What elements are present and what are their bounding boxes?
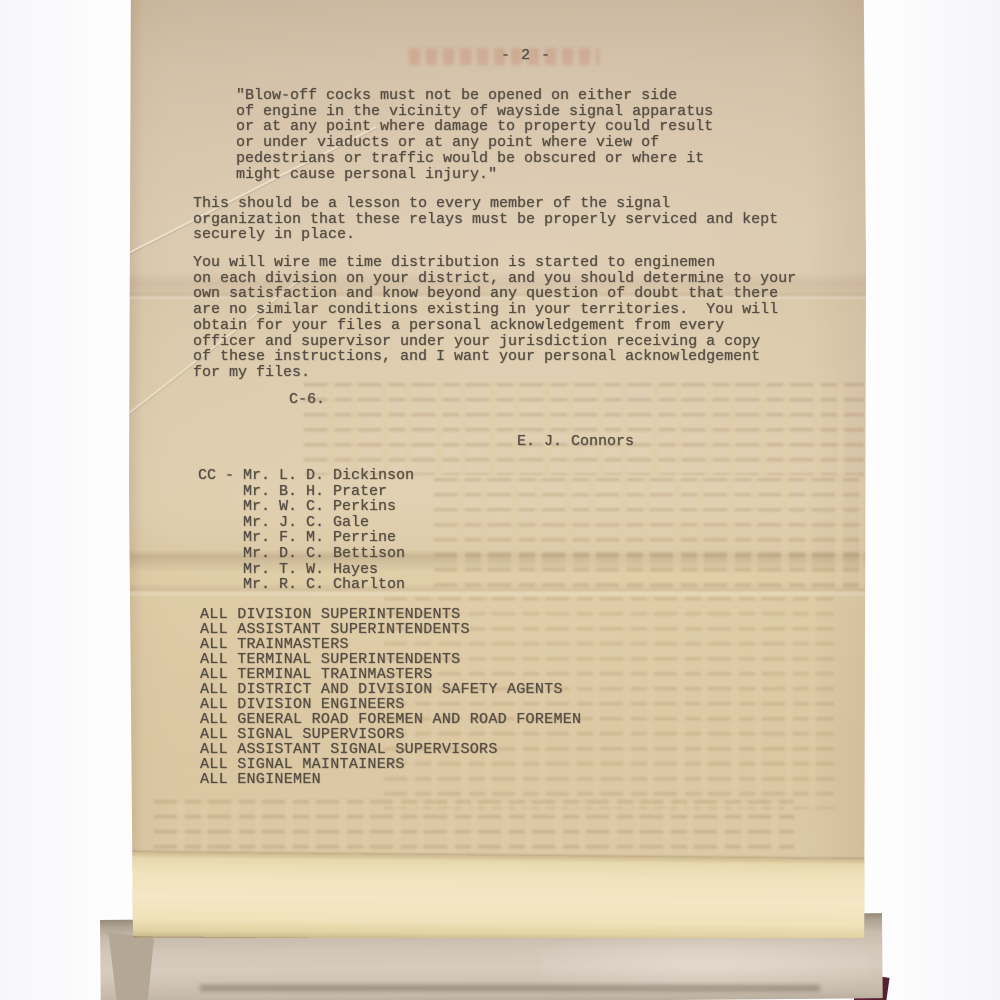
distribution-entry: ALL DIVISION ENGINEERS bbox=[200, 697, 581, 712]
cc-name: Mr. T. W. Hayes bbox=[243, 562, 414, 578]
text-line: might cause personal injury." bbox=[236, 167, 713, 183]
paper-fold-flap bbox=[126, 852, 868, 943]
signature-name: E. J. Connors bbox=[517, 434, 634, 450]
distribution-entry: ALL DIVISION SUPERINTENDENTS bbox=[200, 607, 581, 622]
body-paragraph: This should be a lesson to every member … bbox=[193, 196, 778, 243]
ink-bleed-through bbox=[304, 383, 864, 475]
text-line: pedestrians or traffic would be obscured… bbox=[236, 151, 713, 167]
cc-name: Mr. L. D. Dickinson bbox=[243, 468, 414, 484]
cc-section: CC - Mr. L. D. DickinsonMr. B. H. Prater… bbox=[198, 468, 414, 593]
text-line: or under viaducts or at any point where … bbox=[236, 135, 713, 151]
text-line: officer and supervisor under your jurisd… bbox=[193, 334, 796, 350]
text-line: own satisfaction and know beyond any que… bbox=[193, 286, 796, 302]
text-line: for my files. bbox=[193, 365, 796, 381]
photograph-background: - 2 - "Blow-off cocks must not be opened… bbox=[0, 0, 1000, 1000]
distribution-entry: ALL TERMINAL TRAINMASTERS bbox=[200, 667, 581, 682]
cc-name: Mr. D. C. Bettison bbox=[243, 546, 414, 562]
distribution-entry: ALL TRAINMASTERS bbox=[200, 637, 581, 652]
letter-page: - 2 - "Blow-off cocks must not be opened… bbox=[129, 0, 866, 938]
distribution-entry: ALL SIGNAL MAINTAINERS bbox=[200, 757, 581, 772]
backing-sheet-highlight bbox=[540, 938, 870, 990]
distribution-entry: ALL ENGINEMEN bbox=[200, 772, 581, 787]
text-line: You will wire me time distribution is st… bbox=[193, 255, 796, 271]
page-number: - 2 - bbox=[446, 48, 606, 64]
distribution-entry: ALL TERMINAL SUPERINTENDENTS bbox=[200, 652, 581, 667]
text-line: of these instructions, and I want your p… bbox=[193, 349, 796, 365]
distribution-list: ALL DIVISION SUPERINTENDENTSALL ASSISTAN… bbox=[200, 607, 581, 787]
text-line: securely in place. bbox=[193, 227, 778, 243]
text-line: This should be a lesson to every member … bbox=[193, 196, 778, 212]
cc-name: Mr. R. C. Charlton bbox=[243, 577, 414, 593]
text-line: are no similar conditions existing in yo… bbox=[193, 302, 796, 318]
distribution-entry: ALL SIGNAL SUPERVISORS bbox=[200, 727, 581, 742]
text-line: or at any point where damage to property… bbox=[236, 119, 713, 135]
paper-shadow bbox=[200, 985, 820, 991]
quoted-paragraph: "Blow-off cocks must not be opened on ei… bbox=[236, 88, 713, 182]
text-line: "Blow-off cocks must not be opened on ei… bbox=[236, 88, 713, 104]
distribution-entry: ALL GENERAL ROAD FOREMEN AND ROAD FOREME… bbox=[200, 712, 581, 727]
distribution-entry: ALL ASSISTANT SUPERINTENDENTS bbox=[200, 622, 581, 637]
cc-name: Mr. B. H. Prater bbox=[243, 484, 414, 500]
cc-name: Mr. W. C. Perkins bbox=[243, 499, 414, 515]
reference-code: C-6. bbox=[289, 392, 325, 408]
distribution-entry: ALL ASSISTANT SIGNAL SUPERVISORS bbox=[200, 742, 581, 757]
distribution-entry: ALL DISTRICT AND DIVISION SAFETY AGENTS bbox=[200, 682, 581, 697]
cc-name: Mr. F. M. Perrine bbox=[243, 530, 414, 546]
text-line: obtain for your files a personal acknowl… bbox=[193, 318, 796, 334]
cc-label: CC - bbox=[198, 468, 234, 593]
cc-name-list: Mr. L. D. DickinsonMr. B. H. PraterMr. W… bbox=[243, 468, 414, 593]
body-paragraph: You will wire me time distribution is st… bbox=[193, 255, 796, 381]
ink-bleed-through bbox=[434, 478, 864, 588]
ink-bleed-through bbox=[154, 800, 794, 852]
